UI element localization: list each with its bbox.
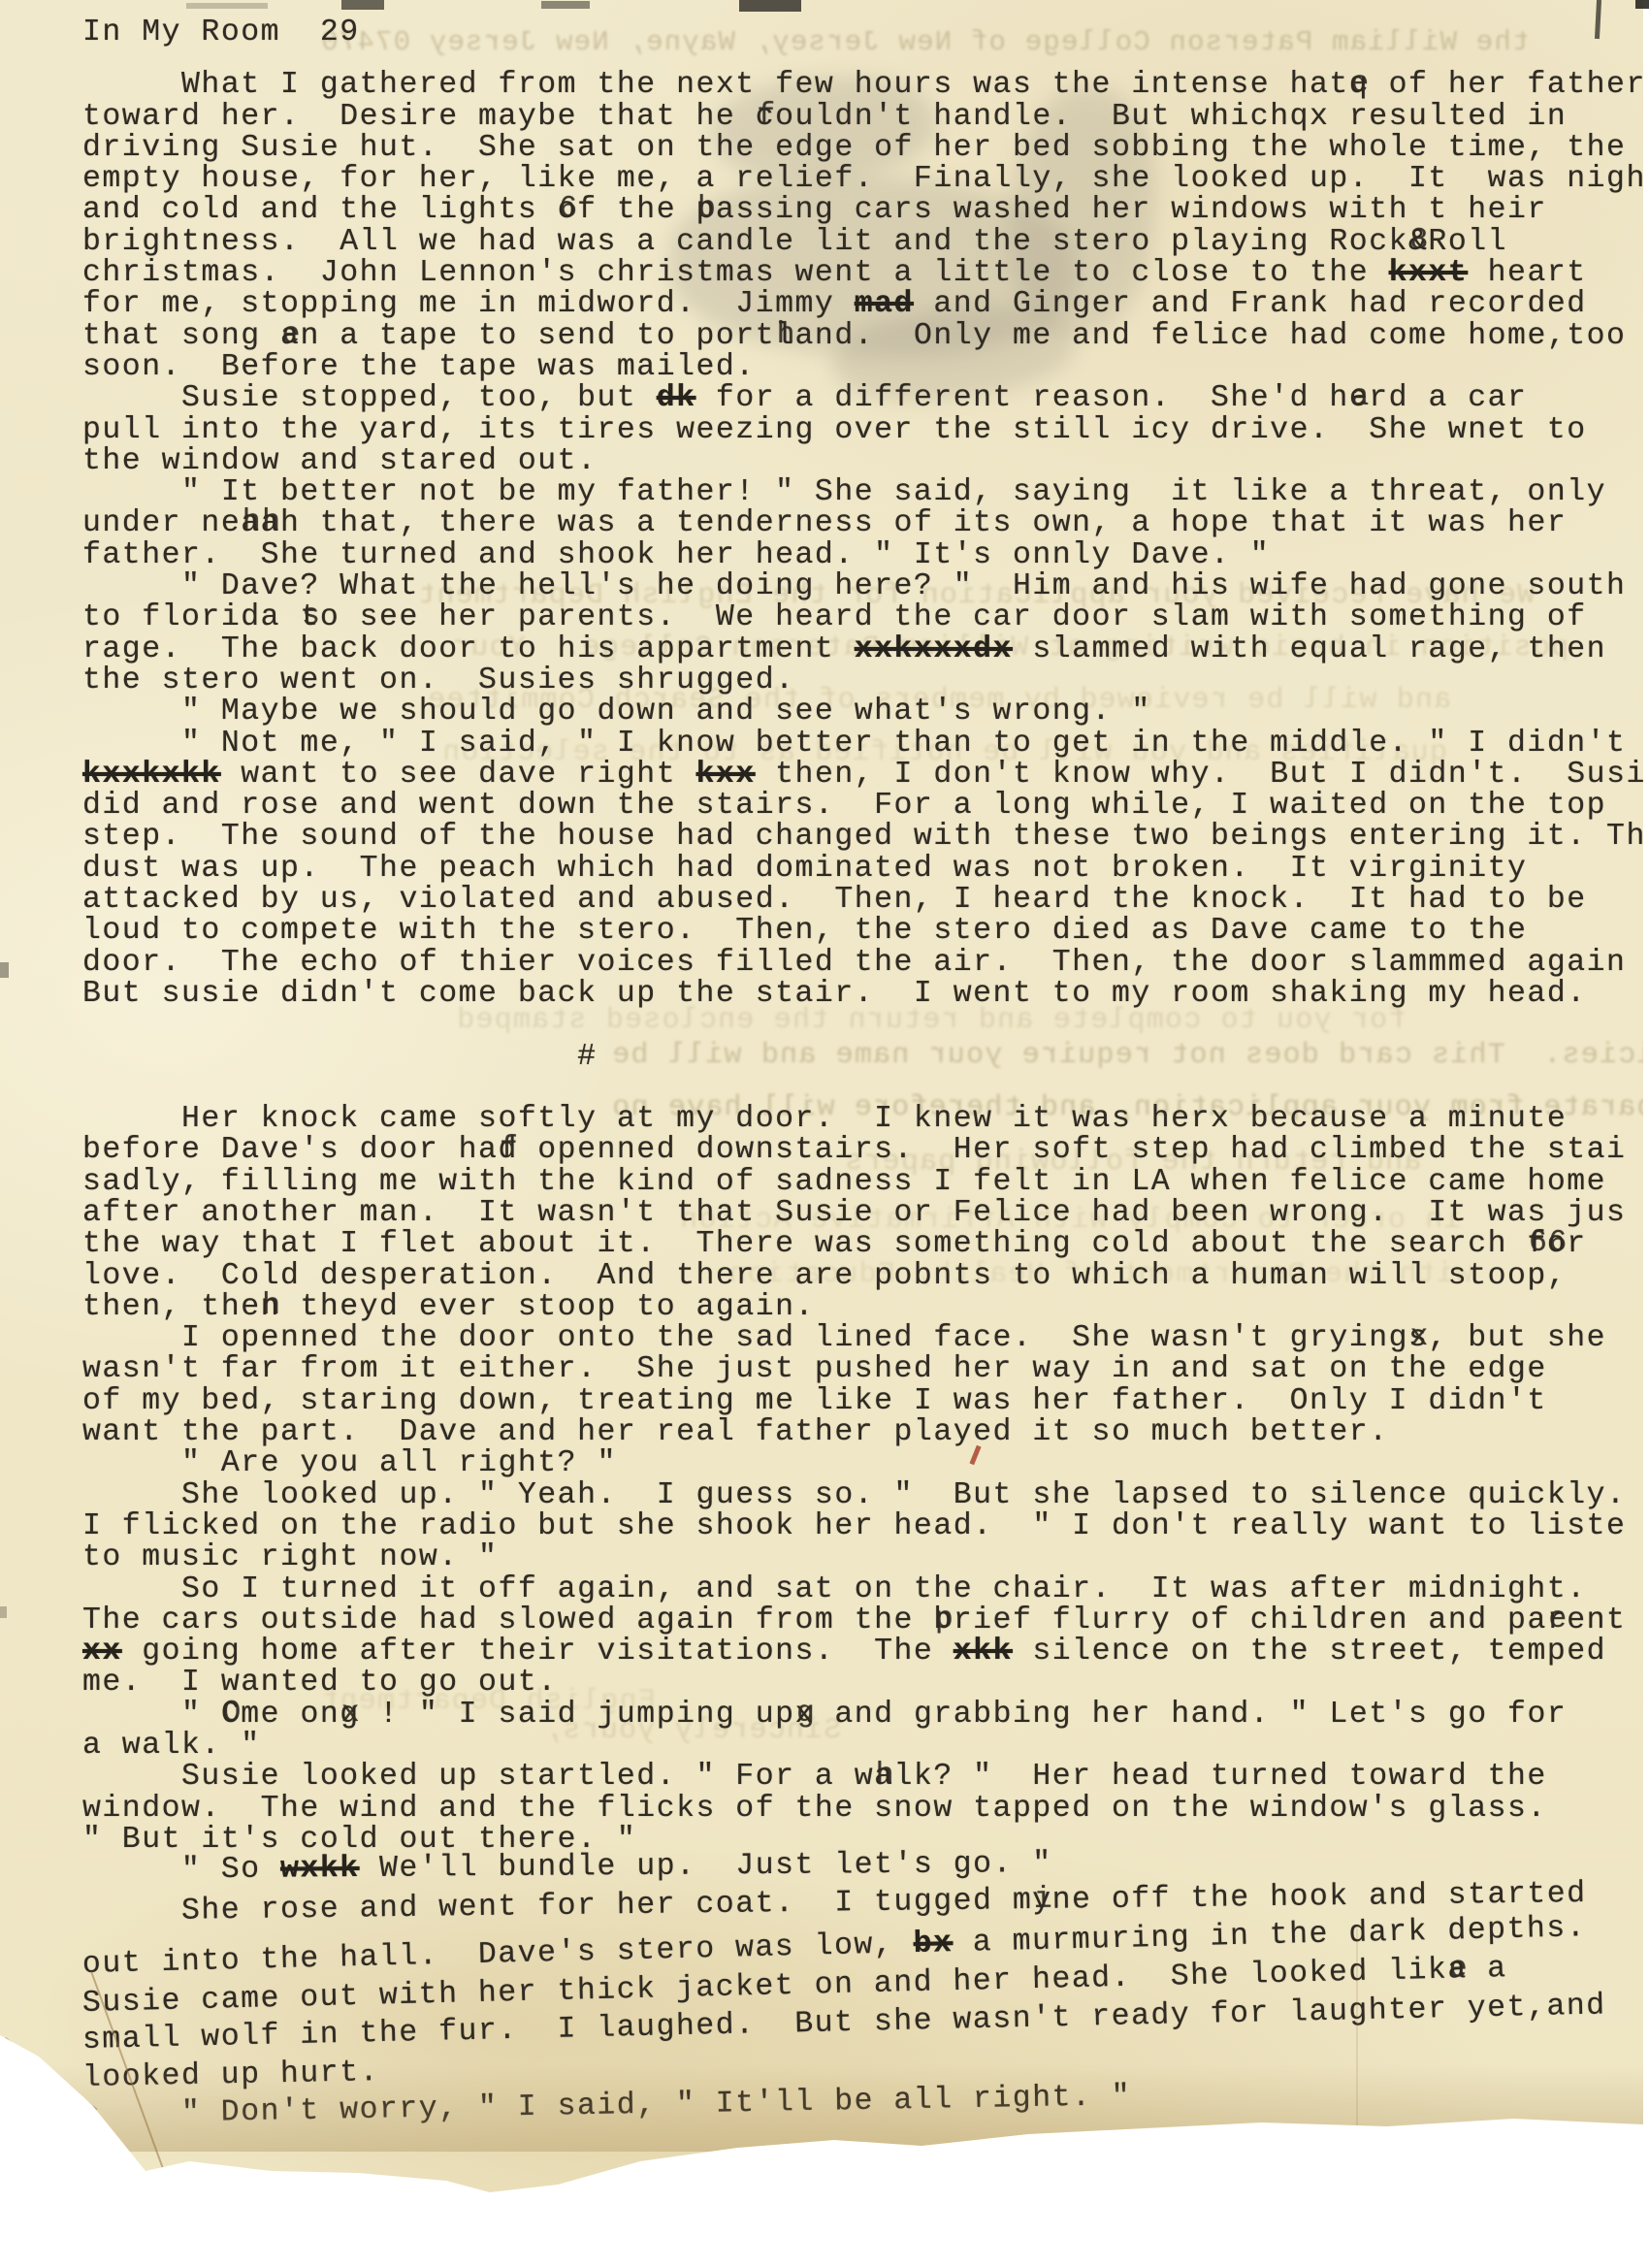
typed-line: that song aen a tape to send to portlhan… bbox=[82, 321, 1649, 352]
overstrike-glyph: h bbox=[262, 1291, 281, 1322]
typed-line: But susie didn't come back up the stair.… bbox=[82, 979, 1649, 1010]
typed-line: attacked by us, violated and abused. The… bbox=[82, 885, 1649, 916]
overstrike-glyph: 6 bbox=[1548, 1228, 1568, 1259]
typed-line: after another man. It wasn't that Susie … bbox=[82, 1198, 1649, 1229]
typed-line: " COme ongx ! " I said jumping upxg and … bbox=[82, 1700, 1649, 1731]
overstrike-glyph: g bbox=[796, 1699, 816, 1730]
overstrike-glyph: p bbox=[935, 1604, 954, 1636]
overstrike-glyph: e bbox=[1448, 1954, 1469, 1986]
overstruck-character: yi bbox=[1032, 1885, 1052, 1917]
overstrike-glyph: f bbox=[500, 1134, 519, 1165]
overstrike-glyph: h bbox=[242, 507, 262, 538]
overstruck-character: re bbox=[1547, 1605, 1567, 1636]
typed-line: sadly, filling me with the kind of sadne… bbox=[82, 1167, 1649, 1198]
overstrike-glyph: x bbox=[1410, 1322, 1430, 1353]
overstruck-character: ae bbox=[1447, 1955, 1468, 1987]
typed-line: xx going home after their visitations. T… bbox=[82, 1636, 1649, 1668]
typed-over-strikeout: kxx bbox=[696, 758, 756, 792]
typed-line: toward her. Desire maybe that he cfouldn… bbox=[82, 102, 1649, 133]
typed-line: father. She turned and shook her head. "… bbox=[82, 540, 1649, 571]
typed-line: before Dave's door hadf openned downstai… bbox=[82, 1135, 1649, 1166]
typed-line: What I gathered from the next few hours … bbox=[82, 70, 1649, 101]
typed-line: wasn't far from it either. She just push… bbox=[82, 1354, 1649, 1385]
typed-lines: In My Room 29 What I gathered from the n… bbox=[82, 17, 1649, 2131]
overstruck-character: o6 bbox=[558, 195, 577, 226]
overstrike-glyph: e bbox=[1548, 1604, 1568, 1636]
overstrike-glyph: x bbox=[341, 1699, 361, 1730]
overstrike-glyph: b bbox=[697, 194, 717, 225]
typed-line: the stero went on. Susies shrugged. bbox=[82, 665, 1649, 697]
typed-line: me. I wanted to go out. bbox=[82, 1668, 1649, 1699]
typed-over-strikeout: mad bbox=[855, 287, 914, 321]
overstrike-glyph: 6 bbox=[1529, 1228, 1548, 1259]
typed-line: of my bed, staring down, treating me lik… bbox=[82, 1386, 1649, 1417]
typed-line: a walk. " bbox=[82, 1731, 1649, 1762]
typed-over-strikeout: kxxt bbox=[1389, 256, 1469, 290]
typed-line: window. The wind and the flicks of the s… bbox=[82, 1794, 1649, 1825]
typed-line: kxxkxkk want to see dave right kxx then,… bbox=[82, 760, 1649, 791]
typed-line: soon. Before the tape was mailed. bbox=[82, 352, 1649, 383]
overstrike-glyph: 8 bbox=[1410, 226, 1430, 257]
overstruck-character: ah bbox=[261, 508, 280, 539]
scanned-document-viewport: { "page": { "title_line": "In My Room 29… bbox=[0, 0, 1649, 2268]
typed-line: She looked up. " Yeah. I guess so. " But… bbox=[82, 1480, 1649, 1511]
overstruck-character: CO bbox=[221, 1700, 241, 1731]
typed-line: " Maybe we should go down and see what's… bbox=[82, 697, 1649, 728]
overstrike-glyph: 6 bbox=[559, 194, 578, 225]
typed-line: Her knock came softly at my door. I knew… bbox=[82, 1104, 1649, 1135]
typed-line: for me, stopping me in midword. Jimmy ma… bbox=[82, 289, 1649, 320]
typed-line: step. The sound of the house had changed… bbox=[82, 822, 1649, 853]
overstruck-character: nh bbox=[261, 1292, 280, 1323]
typed-line: dust was up. The peach which had dominat… bbox=[82, 854, 1649, 885]
typed-line: empty house, for her, like me, a relief.… bbox=[82, 164, 1649, 195]
overstruck-character: bp bbox=[933, 1605, 953, 1636]
overstruck-character: pb bbox=[696, 195, 716, 226]
typed-line: did and rose and went down the stairs. F… bbox=[82, 791, 1649, 822]
overstruck-character: ae bbox=[280, 321, 300, 352]
overstruck-character: ah bbox=[241, 508, 260, 539]
typed-line: to music right now. " bbox=[82, 1542, 1649, 1573]
typed-over-strikeout: bx bbox=[913, 1927, 954, 1961]
overstrike-glyph: h bbox=[262, 507, 281, 538]
typed-line: Susie stopped, too, but dk for a differe… bbox=[82, 383, 1649, 414]
typed-over-strikeout: kxxkxkk bbox=[82, 758, 221, 792]
overstruck-character: xg bbox=[795, 1700, 815, 1731]
overstruck-character: df bbox=[498, 1135, 517, 1166]
typed-line: want the part. Dave and her real father … bbox=[82, 1417, 1649, 1448]
overstruck-character: ah bbox=[874, 1762, 893, 1793]
overstrike-glyph: a bbox=[1350, 382, 1370, 413]
typed-line: christmas. John Lennon's christmas went … bbox=[82, 258, 1649, 289]
typed-line: # bbox=[82, 1042, 1649, 1073]
typed-line: loud to compete with the stero. Then, th… bbox=[82, 916, 1649, 947]
typed-line: pull into the yard, its tires weezing ov… bbox=[82, 415, 1649, 446]
overstruck-character: gx bbox=[339, 1700, 359, 1731]
overstrike-glyph: e bbox=[1350, 69, 1370, 100]
overstrike-glyph: O bbox=[222, 1699, 242, 1730]
overstruck-character: ea bbox=[1349, 383, 1369, 414]
overstruck-character: f6 bbox=[1527, 1229, 1546, 1260]
typed-line: to florida tso see her parents. We heard… bbox=[82, 602, 1649, 633]
typed-line: driving Susie hut. She sat on the edge o… bbox=[82, 133, 1649, 164]
overstruck-character: qe bbox=[1349, 70, 1369, 101]
overstrike-glyph: i bbox=[1034, 1884, 1054, 1916]
overstrike-glyph: h bbox=[876, 1761, 895, 1792]
overstruck-character: lh bbox=[775, 321, 794, 352]
overstrike-glyph: e bbox=[282, 320, 302, 351]
overstrike-glyph: h bbox=[777, 320, 796, 351]
typed-line: " Are you all right? " bbox=[82, 1448, 1649, 1479]
typed-over-strikeout: dk bbox=[657, 381, 696, 415]
typed-line: I openned the door onto the sad lined fa… bbox=[82, 1323, 1649, 1354]
typed-line: " Not me, " I said, " I know better than… bbox=[82, 729, 1649, 760]
overstrike-glyph: f bbox=[757, 101, 776, 132]
typed-over-strikeout: xx bbox=[82, 1635, 122, 1669]
typed-line: love. Cold desperation. And there are po… bbox=[82, 1261, 1649, 1292]
typed-line: then, thenh theyd ever stoop to again. bbox=[82, 1292, 1649, 1323]
typed-over-strikeout: xkk bbox=[954, 1635, 1013, 1669]
typed-line bbox=[82, 1010, 1649, 1041]
typed-line: door. The echo of thier voices filled th… bbox=[82, 948, 1649, 979]
typed-line bbox=[82, 1073, 1649, 1104]
overstrike-glyph: s bbox=[302, 601, 321, 632]
typed-line: brightness. All we had was a candle lit … bbox=[82, 227, 1649, 258]
overstruck-character: o6 bbox=[1547, 1229, 1567, 1260]
overstruck-character: sx bbox=[1408, 1323, 1428, 1354]
typed-line: rage. The back door to his appartment xx… bbox=[82, 634, 1649, 665]
typed-line: In My Room 29 bbox=[82, 17, 1649, 49]
typed-line: " It better not be my father! " She said… bbox=[82, 477, 1649, 508]
overstruck-character: cf bbox=[756, 102, 775, 133]
typed-line: I flicked on the radio but she shook her… bbox=[82, 1511, 1649, 1542]
typed-line: the window and stared out. bbox=[82, 446, 1649, 477]
typed-line: Susie looked up startled. " For a wahlk?… bbox=[82, 1762, 1649, 1793]
typed-line: The cars outside had slowed again from t… bbox=[82, 1605, 1649, 1636]
typed-line: the way that I flet about it. There was … bbox=[82, 1229, 1649, 1260]
typed-line: under neahahh that, there was a tenderne… bbox=[82, 508, 1649, 539]
typed-line: and cold and the lights o6f the pbassing… bbox=[82, 195, 1649, 226]
manuscript-paper: the William Paterson College of New Jers… bbox=[0, 0, 1643, 2202]
overstruck-character: &8 bbox=[1408, 227, 1428, 258]
typed-over-strikeout: xxkxxxdx bbox=[855, 632, 1013, 666]
typed-line: So I turned it off again, and sat on the… bbox=[82, 1574, 1649, 1605]
overstruck-character: ts bbox=[300, 602, 319, 633]
typed-over-strikeout: wxkk bbox=[280, 1852, 360, 1887]
typed-line: " Dave? What the hell's he doing here? "… bbox=[82, 571, 1649, 602]
